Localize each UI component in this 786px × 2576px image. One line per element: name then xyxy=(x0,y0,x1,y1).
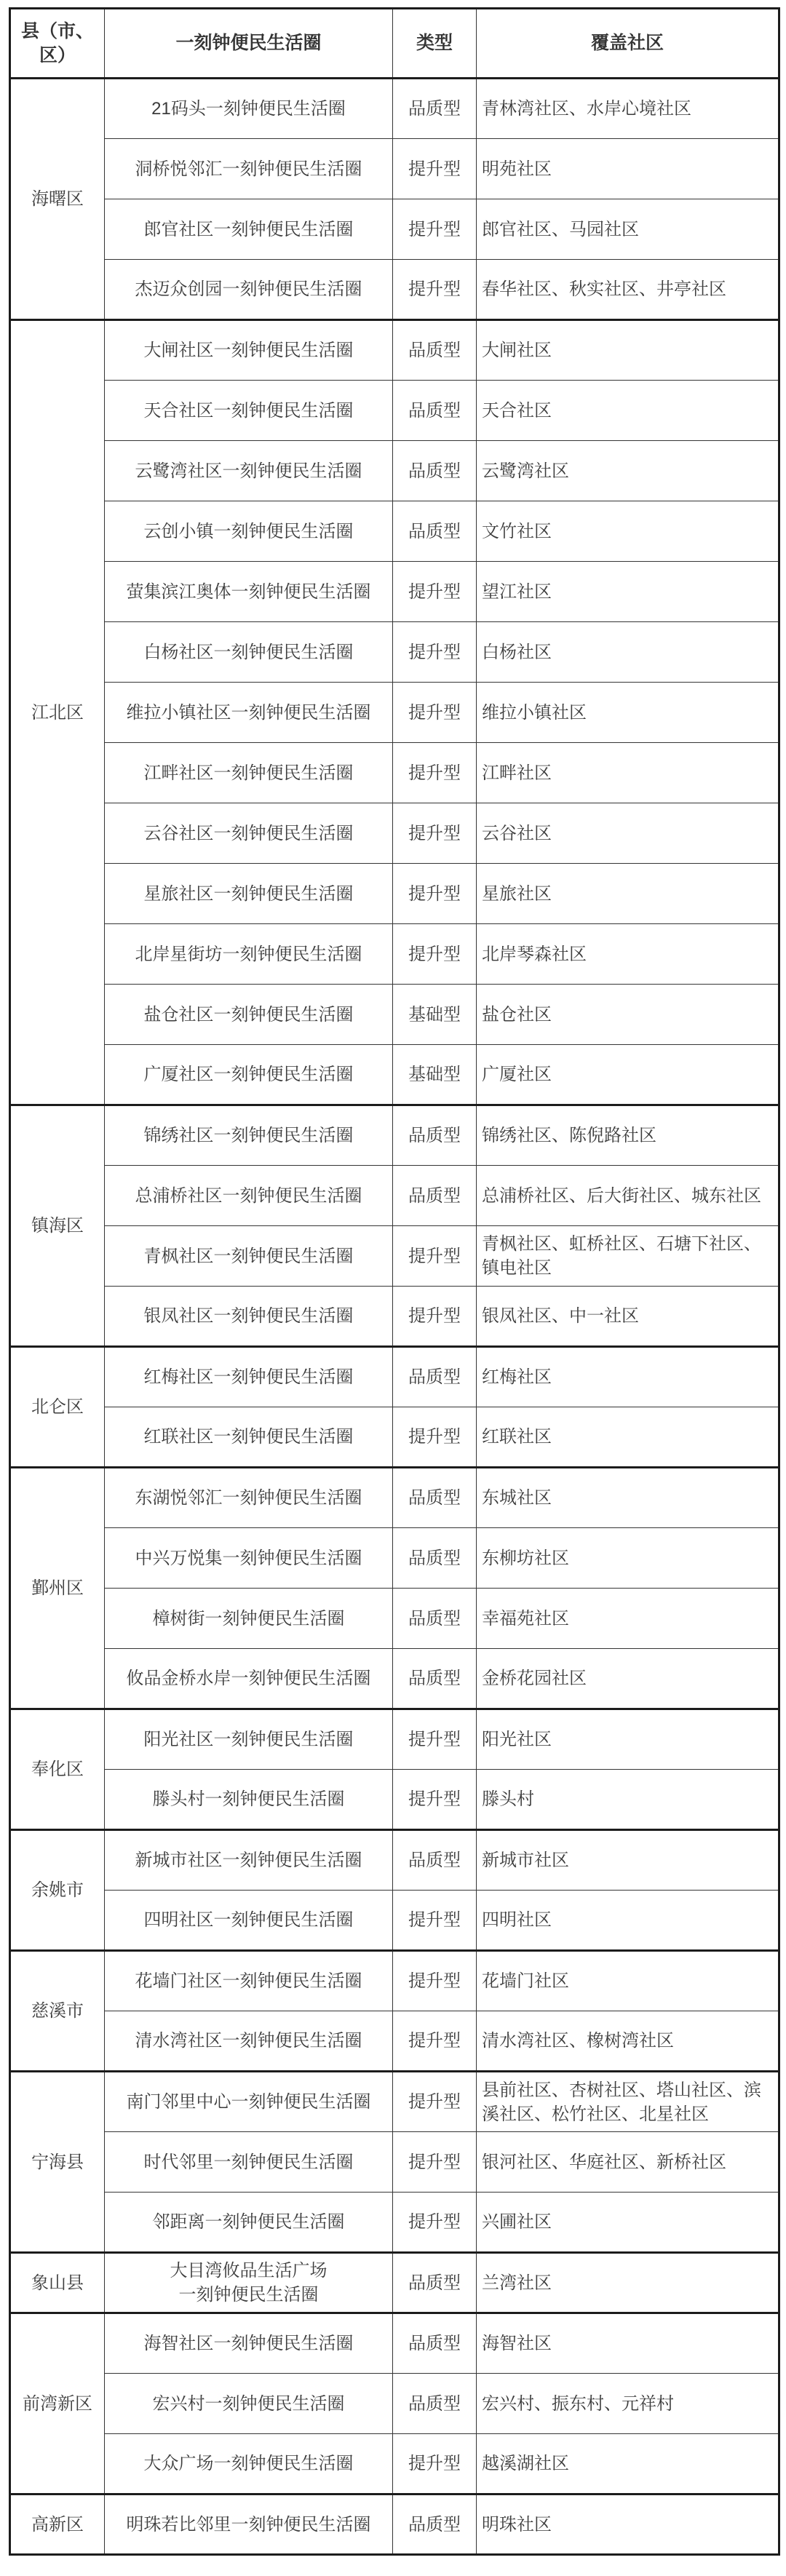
table-row: 高新区明珠若比邻里一刻钟便民生活圈品质型明珠社区 xyxy=(10,2494,779,2555)
communities-cell: 越溪湖社区 xyxy=(477,2434,779,2494)
type-cell: 提升型 xyxy=(393,2072,477,2132)
table-row: 江畔社区一刻钟便民生活圈提升型江畔社区 xyxy=(10,743,779,803)
living-circle-table: 县（市、区） 一刻钟便民生活圈 类型 覆盖社区 海曙区21码头一刻钟便民生活圈品… xyxy=(9,7,780,2556)
type-cell: 品质型 xyxy=(393,1589,477,1649)
type-cell: 提升型 xyxy=(393,2434,477,2494)
type-cell: 提升型 xyxy=(393,924,477,985)
circle-name-cell: 洞桥悦邻汇一刻钟便民生活圈 xyxy=(105,139,393,199)
circle-name-cell: 银凤社区一刻钟便民生活圈 xyxy=(105,1287,393,1347)
table-row: 青枫社区一刻钟便民生活圈提升型青枫社区、虹桥社区、石塘下社区、镇电社区 xyxy=(10,1226,779,1287)
table-row: 中兴万悦集一刻钟便民生活圈品质型东柳坊社区 xyxy=(10,1528,779,1589)
type-cell: 提升型 xyxy=(393,199,477,260)
type-cell: 品质型 xyxy=(393,501,477,562)
type-cell: 品质型 xyxy=(393,1166,477,1226)
type-cell: 品质型 xyxy=(393,1468,477,1528)
circle-name-cell: 广厦社区一刻钟便民生活圈 xyxy=(105,1045,393,1105)
circle-name-cell: 维拉小镇社区一刻钟便民生活圈 xyxy=(105,683,393,743)
table-row: 杰迈众创园一刻钟便民生活圈提升型春华社区、秋实社区、井亭社区 xyxy=(10,260,779,320)
circle-name-cell: 宏兴村一刻钟便民生活圈 xyxy=(105,2374,393,2434)
table-row: 宁海县南门邻里中心一刻钟便民生活圈提升型县前社区、杏树社区、塔山社区、滨溪社区、… xyxy=(10,2072,779,2132)
table-row: 广厦社区一刻钟便民生活圈基础型广厦社区 xyxy=(10,1045,779,1105)
circle-name-cell: 时代邻里一刻钟便民生活圈 xyxy=(105,2132,393,2193)
table-row: 总浦桥社区一刻钟便民生活圈品质型总浦桥社区、后大街社区、城东社区 xyxy=(10,1166,779,1226)
type-cell: 基础型 xyxy=(393,1045,477,1105)
communities-cell: 银河社区、华庭社区、新桥社区 xyxy=(477,2132,779,2193)
table-row: 清水湾社区一刻钟便民生活圈提升型清水湾社区、橡树湾社区 xyxy=(10,2011,779,2072)
circle-name-cell: 邻距离一刻钟便民生活圈 xyxy=(105,2193,393,2253)
communities-cell: 兰湾社区 xyxy=(477,2253,779,2313)
circle-name-cell: 大众广场一刻钟便民生活圈 xyxy=(105,2434,393,2494)
circle-name-cell: 天合社区一刻钟便民生活圈 xyxy=(105,381,393,441)
type-cell: 提升型 xyxy=(393,2193,477,2253)
table-row: 象山县大目湾攸品生活广场 一刻钟便民生活圈品质型兰湾社区 xyxy=(10,2253,779,2313)
circle-name-cell: 锦绣社区一刻钟便民生活圈 xyxy=(105,1105,393,1166)
type-cell: 提升型 xyxy=(393,683,477,743)
communities-cell: 东城社区 xyxy=(477,1468,779,1528)
communities-cell: 青枫社区、虹桥社区、石塘下社区、镇电社区 xyxy=(477,1226,779,1287)
type-cell: 品质型 xyxy=(393,2313,477,2374)
table-row: 奉化区阳光社区一刻钟便民生活圈提升型阳光社区 xyxy=(10,1709,779,1770)
communities-cell: 天合社区 xyxy=(477,381,779,441)
table-row: 邻距离一刻钟便民生活圈提升型兴圃社区 xyxy=(10,2193,779,2253)
circle-name-cell: 花墙门社区一刻钟便民生活圈 xyxy=(105,1951,393,2011)
communities-cell: 清水湾社区、橡树湾社区 xyxy=(477,2011,779,2072)
communities-cell: 文竹社区 xyxy=(477,501,779,562)
type-cell: 品质型 xyxy=(393,1105,477,1166)
type-cell: 品质型 xyxy=(393,381,477,441)
communities-cell: 江畔社区 xyxy=(477,743,779,803)
header-circle-name: 一刻钟便民生活圈 xyxy=(105,9,393,79)
district-cell: 鄞州区 xyxy=(10,1468,105,1709)
table-row: 北仑区红梅社区一刻钟便民生活圈品质型红梅社区 xyxy=(10,1347,779,1407)
communities-cell: 银凤社区、中一社区 xyxy=(477,1287,779,1347)
table-row: 宏兴村一刻钟便民生活圈品质型宏兴村、振东村、元祥村 xyxy=(10,2374,779,2434)
circle-name-cell: 郎官社区一刻钟便民生活圈 xyxy=(105,199,393,260)
header-communities: 覆盖社区 xyxy=(477,9,779,79)
circle-name-cell: 盐仓社区一刻钟便民生活圈 xyxy=(105,985,393,1045)
type-cell: 提升型 xyxy=(393,139,477,199)
communities-cell: 四明社区 xyxy=(477,1891,779,1951)
circle-name-cell: 白杨社区一刻钟便民生活圈 xyxy=(105,622,393,683)
communities-cell: 青林湾社区、水岸心境社区 xyxy=(477,79,779,139)
circle-name-cell: 阳光社区一刻钟便民生活圈 xyxy=(105,1709,393,1770)
district-cell: 慈溪市 xyxy=(10,1951,105,2072)
type-cell: 品质型 xyxy=(393,2374,477,2434)
communities-cell: 郎官社区、马园社区 xyxy=(477,199,779,260)
communities-cell: 春华社区、秋实社区、井亭社区 xyxy=(477,260,779,320)
district-cell: 镇海区 xyxy=(10,1105,105,1347)
header-district: 县（市、区） xyxy=(10,9,105,79)
type-cell: 品质型 xyxy=(393,2253,477,2313)
circle-name-cell: 清水湾社区一刻钟便民生活圈 xyxy=(105,2011,393,2072)
table-row: 大众广场一刻钟便民生活圈提升型越溪湖社区 xyxy=(10,2434,779,2494)
communities-cell: 星旅社区 xyxy=(477,864,779,924)
table-row: 洞桥悦邻汇一刻钟便民生活圈提升型明苑社区 xyxy=(10,139,779,199)
circle-name-cell: 星旅社区一刻钟便民生活圈 xyxy=(105,864,393,924)
communities-cell: 花墙门社区 xyxy=(477,1951,779,2011)
table-row: 海曙区21码头一刻钟便民生活圈品质型青林湾社区、水岸心境社区 xyxy=(10,79,779,139)
table-row: 时代邻里一刻钟便民生活圈提升型银河社区、华庭社区、新桥社区 xyxy=(10,2132,779,2193)
type-cell: 提升型 xyxy=(393,803,477,864)
communities-cell: 新城市社区 xyxy=(477,1830,779,1891)
communities-cell: 北岸琴森社区 xyxy=(477,924,779,985)
table-row: 盐仓社区一刻钟便民生活圈基础型盐仓社区 xyxy=(10,985,779,1045)
type-cell: 品质型 xyxy=(393,1830,477,1891)
circle-name-cell: 21码头一刻钟便民生活圈 xyxy=(105,79,393,139)
communities-cell: 维拉小镇社区 xyxy=(477,683,779,743)
communities-cell: 白杨社区 xyxy=(477,622,779,683)
table-row: 余姚市新城市社区一刻钟便民生活圈品质型新城市社区 xyxy=(10,1830,779,1891)
type-cell: 提升型 xyxy=(393,1407,477,1468)
communities-cell: 大闸社区 xyxy=(477,320,779,381)
table-row: 四明社区一刻钟便民生活圈提升型四明社区 xyxy=(10,1891,779,1951)
circle-name-cell: 北岸星街坊一刻钟便民生活圈 xyxy=(105,924,393,985)
table-row: 云谷社区一刻钟便民生活圈提升型云谷社区 xyxy=(10,803,779,864)
circle-name-cell: 青枫社区一刻钟便民生活圈 xyxy=(105,1226,393,1287)
district-cell: 海曙区 xyxy=(10,79,105,320)
table-row: 红联社区一刻钟便民生活圈提升型红联社区 xyxy=(10,1407,779,1468)
table-row: 鄞州区东湖悦邻汇一刻钟便民生活圈品质型东城社区 xyxy=(10,1468,779,1528)
communities-cell: 盐仓社区 xyxy=(477,985,779,1045)
circle-name-cell: 云谷社区一刻钟便民生活圈 xyxy=(105,803,393,864)
table-row: 萤集滨江奥体一刻钟便民生活圈提升型望江社区 xyxy=(10,562,779,622)
page: 县（市、区） 一刻钟便民生活圈 类型 覆盖社区 海曙区21码头一刻钟便民生活圈品… xyxy=(0,0,786,2566)
district-cell: 前湾新区 xyxy=(10,2313,105,2494)
circle-name-cell: 大闸社区一刻钟便民生活圈 xyxy=(105,320,393,381)
table-row: 银凤社区一刻钟便民生活圈提升型银凤社区、中一社区 xyxy=(10,1287,779,1347)
table-row: 攸品金桥水岸一刻钟便民生活圈品质型金桥花园社区 xyxy=(10,1649,779,1709)
table-row: 前湾新区海智社区一刻钟便民生活圈品质型海智社区 xyxy=(10,2313,779,2374)
type-cell: 品质型 xyxy=(393,1347,477,1407)
district-cell: 江北区 xyxy=(10,320,105,1105)
table-body: 海曙区21码头一刻钟便民生活圈品质型青林湾社区、水岸心境社区洞桥悦邻汇一刻钟便民… xyxy=(10,79,779,2555)
communities-cell: 东柳坊社区 xyxy=(477,1528,779,1589)
circle-name-cell: 云创小镇一刻钟便民生活圈 xyxy=(105,501,393,562)
type-cell: 提升型 xyxy=(393,1891,477,1951)
communities-cell: 云谷社区 xyxy=(477,803,779,864)
communities-cell: 幸福苑社区 xyxy=(477,1589,779,1649)
table-row: 慈溪市花墙门社区一刻钟便民生活圈提升型花墙门社区 xyxy=(10,1951,779,2011)
circle-name-cell: 红联社区一刻钟便民生活圈 xyxy=(105,1407,393,1468)
communities-cell: 明苑社区 xyxy=(477,139,779,199)
type-cell: 品质型 xyxy=(393,1528,477,1589)
type-cell: 品质型 xyxy=(393,320,477,381)
communities-cell: 兴圃社区 xyxy=(477,2193,779,2253)
table-row: 北岸星街坊一刻钟便民生活圈提升型北岸琴森社区 xyxy=(10,924,779,985)
communities-cell: 红联社区 xyxy=(477,1407,779,1468)
type-cell: 提升型 xyxy=(393,2132,477,2193)
circle-name-cell: 明珠若比邻里一刻钟便民生活圈 xyxy=(105,2494,393,2555)
communities-cell: 红梅社区 xyxy=(477,1347,779,1407)
type-cell: 提升型 xyxy=(393,864,477,924)
district-cell: 宁海县 xyxy=(10,2072,105,2253)
type-cell: 提升型 xyxy=(393,2011,477,2072)
type-cell: 品质型 xyxy=(393,1649,477,1709)
circle-name-cell: 中兴万悦集一刻钟便民生活圈 xyxy=(105,1528,393,1589)
type-cell: 提升型 xyxy=(393,1709,477,1770)
table-row: 云鹭湾社区一刻钟便民生活圈品质型云鹭湾社区 xyxy=(10,441,779,501)
type-cell: 提升型 xyxy=(393,1226,477,1287)
table-row: 云创小镇一刻钟便民生活圈品质型文竹社区 xyxy=(10,501,779,562)
table-row: 天合社区一刻钟便民生活圈品质型天合社区 xyxy=(10,381,779,441)
table-row: 白杨社区一刻钟便民生活圈提升型白杨社区 xyxy=(10,622,779,683)
circle-name-cell: 总浦桥社区一刻钟便民生活圈 xyxy=(105,1166,393,1226)
circle-name-cell: 海智社区一刻钟便民生活圈 xyxy=(105,2313,393,2374)
table-row: 江北区大闸社区一刻钟便民生活圈品质型大闸社区 xyxy=(10,320,779,381)
type-cell: 基础型 xyxy=(393,985,477,1045)
table-header: 县（市、区） 一刻钟便民生活圈 类型 覆盖社区 xyxy=(10,9,779,79)
circle-name-cell: 樟树街一刻钟便民生活圈 xyxy=(105,1589,393,1649)
communities-cell: 海智社区 xyxy=(477,2313,779,2374)
table-row: 樟树街一刻钟便民生活圈品质型幸福苑社区 xyxy=(10,1589,779,1649)
circle-name-cell: 云鹭湾社区一刻钟便民生活圈 xyxy=(105,441,393,501)
type-cell: 提升型 xyxy=(393,1287,477,1347)
communities-cell: 滕头村 xyxy=(477,1770,779,1830)
type-cell: 提升型 xyxy=(393,622,477,683)
circle-name-cell: 红梅社区一刻钟便民生活圈 xyxy=(105,1347,393,1407)
communities-cell: 金桥花园社区 xyxy=(477,1649,779,1709)
district-cell: 奉化区 xyxy=(10,1709,105,1830)
table-row: 星旅社区一刻钟便民生活圈提升型星旅社区 xyxy=(10,864,779,924)
type-cell: 品质型 xyxy=(393,441,477,501)
district-cell: 高新区 xyxy=(10,2494,105,2555)
circle-name-cell: 大目湾攸品生活广场 一刻钟便民生活圈 xyxy=(105,2253,393,2313)
communities-cell: 总浦桥社区、后大街社区、城东社区 xyxy=(477,1166,779,1226)
communities-cell: 明珠社区 xyxy=(477,2494,779,2555)
district-cell: 余姚市 xyxy=(10,1830,105,1951)
district-cell: 北仑区 xyxy=(10,1347,105,1468)
table-row: 镇海区锦绣社区一刻钟便民生活圈品质型锦绣社区、陈倪路社区 xyxy=(10,1105,779,1166)
header-row: 县（市、区） 一刻钟便民生活圈 类型 覆盖社区 xyxy=(10,9,779,79)
type-cell: 提升型 xyxy=(393,1770,477,1830)
communities-cell: 宏兴村、振东村、元祥村 xyxy=(477,2374,779,2434)
type-cell: 提升型 xyxy=(393,260,477,320)
table-row: 维拉小镇社区一刻钟便民生活圈提升型维拉小镇社区 xyxy=(10,683,779,743)
type-cell: 品质型 xyxy=(393,79,477,139)
type-cell: 品质型 xyxy=(393,2494,477,2555)
district-cell: 象山县 xyxy=(10,2253,105,2313)
circle-name-cell: 东湖悦邻汇一刻钟便民生活圈 xyxy=(105,1468,393,1528)
communities-cell: 阳光社区 xyxy=(477,1709,779,1770)
circle-name-cell: 新城市社区一刻钟便民生活圈 xyxy=(105,1830,393,1891)
header-type: 类型 xyxy=(393,9,477,79)
communities-cell: 县前社区、杏树社区、塔山社区、滨溪社区、松竹社区、北星社区 xyxy=(477,2072,779,2132)
table-row: 郎官社区一刻钟便民生活圈提升型郎官社区、马园社区 xyxy=(10,199,779,260)
circle-name-cell: 江畔社区一刻钟便民生活圈 xyxy=(105,743,393,803)
circle-name-cell: 四明社区一刻钟便民生活圈 xyxy=(105,1891,393,1951)
type-cell: 提升型 xyxy=(393,743,477,803)
type-cell: 提升型 xyxy=(393,562,477,622)
table-row: 滕头村一刻钟便民生活圈提升型滕头村 xyxy=(10,1770,779,1830)
circle-name-cell: 萤集滨江奥体一刻钟便民生活圈 xyxy=(105,562,393,622)
circle-name-cell: 南门邻里中心一刻钟便民生活圈 xyxy=(105,2072,393,2132)
type-cell: 提升型 xyxy=(393,1951,477,2011)
circle-name-cell: 攸品金桥水岸一刻钟便民生活圈 xyxy=(105,1649,393,1709)
communities-cell: 望江社区 xyxy=(477,562,779,622)
circle-name-cell: 滕头村一刻钟便民生活圈 xyxy=(105,1770,393,1830)
communities-cell: 云鹭湾社区 xyxy=(477,441,779,501)
communities-cell: 广厦社区 xyxy=(477,1045,779,1105)
communities-cell: 锦绣社区、陈倪路社区 xyxy=(477,1105,779,1166)
circle-name-cell: 杰迈众创园一刻钟便民生活圈 xyxy=(105,260,393,320)
